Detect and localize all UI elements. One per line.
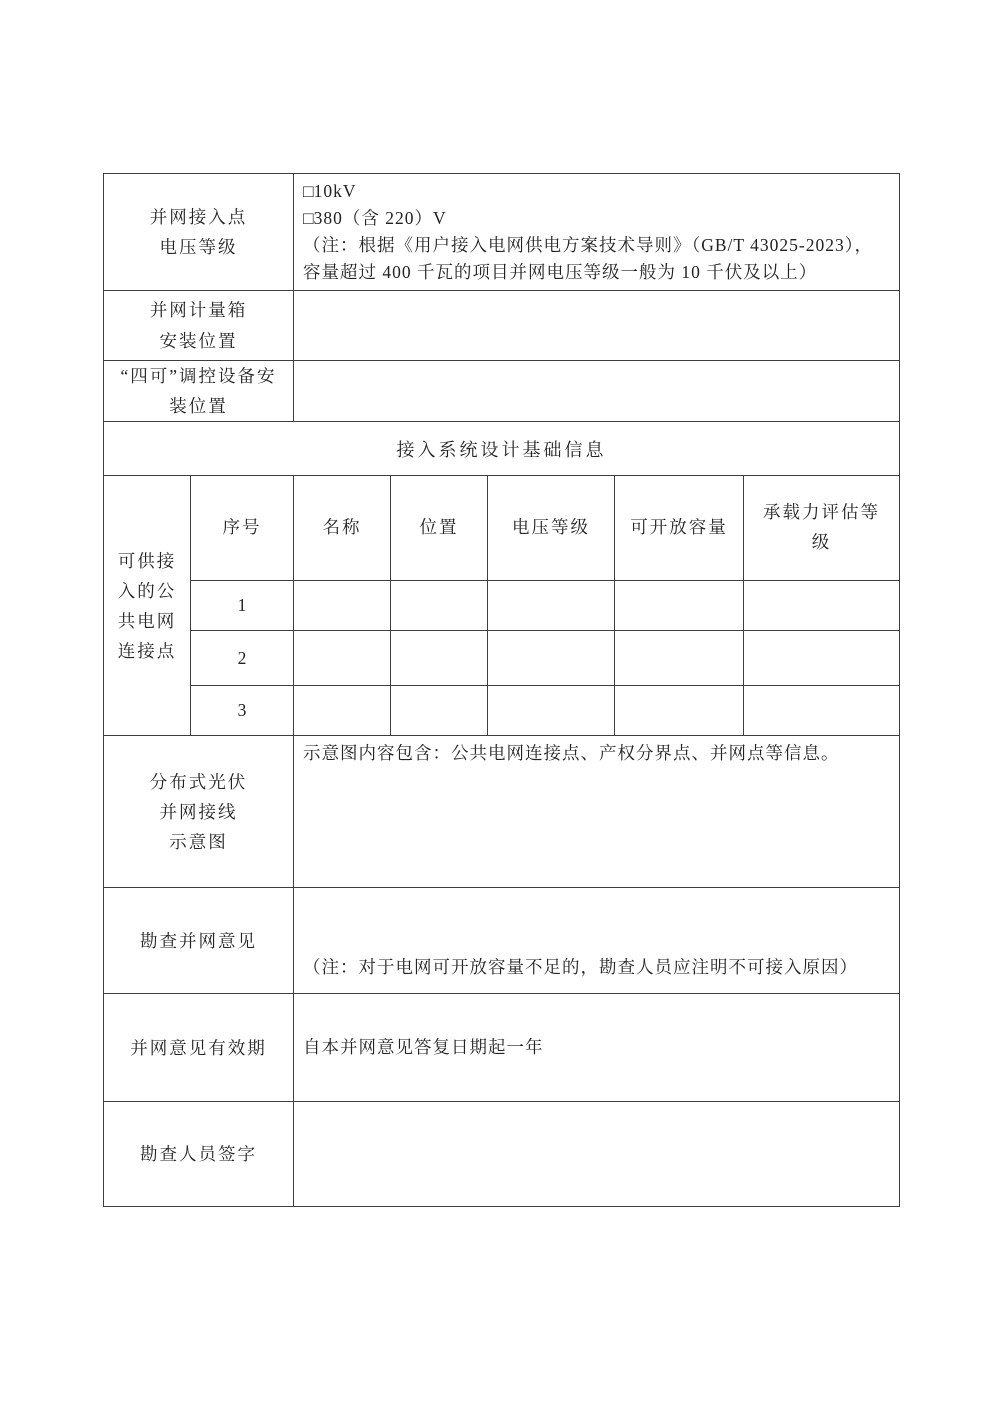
connection-point-row-3: 3 [104, 686, 900, 736]
value-control-device-location [294, 361, 900, 422]
label-surveyor-signature: 勘查人员签字 [104, 1102, 294, 1207]
value-meter-box-location [294, 291, 900, 361]
section-header-system-design-info: 接入系统设计基础信息 [104, 422, 900, 476]
cell-name [294, 581, 391, 631]
column-header-index: 序号 [191, 476, 294, 581]
cell-carrying-capacity [744, 631, 900, 686]
cell-voltage-level [488, 581, 615, 631]
label-control-device-location: “四可”调控设备安 装位置 [104, 361, 294, 422]
voltage-option-380v: □380（含 220）V [303, 205, 890, 232]
connection-point-row-1: 1 [104, 581, 900, 631]
cell-open-capacity [615, 686, 744, 736]
label-meter-box-location: 并网计量箱 安装位置 [104, 291, 294, 361]
column-header-voltage-level: 电压等级 [488, 476, 615, 581]
value-opinion-validity-period: 自本并网意见答复日期起一年 [294, 994, 900, 1102]
voltage-option-10kv: □10kV [303, 178, 890, 205]
cell-open-capacity [615, 581, 744, 631]
form-sheet: 并网接入点 电压等级 □10kV □380（含 220）V （注：根据《用户接入… [103, 173, 900, 1207]
value-pv-connection-diagram: 示意图内容包含：公共电网连接点、产权分界点、并网点等信息。 [294, 736, 900, 888]
diagram-content-note: 示意图内容包含：公共电网连接点、产权分界点、并网点等信息。 [303, 740, 890, 767]
cell-carrying-capacity [744, 686, 900, 736]
cell-index: 2 [191, 631, 294, 686]
voltage-option-380v-label: 380（含 220）V [314, 208, 447, 228]
cell-open-capacity [615, 631, 744, 686]
column-header-location: 位置 [391, 476, 488, 581]
checkbox-icon: □ [303, 181, 314, 201]
cell-index: 3 [191, 686, 294, 736]
checkbox-icon: □ [303, 208, 314, 228]
value-surveyor-signature [294, 1102, 900, 1207]
cell-voltage-level [488, 631, 615, 686]
value-survey-grid-connection-opinion: （注：对于电网可开放容量不足的，勘查人员应注明不可接入原因） [294, 888, 900, 994]
label-grid-connection-voltage-level: 并网接入点 电压等级 [104, 174, 294, 291]
cell-voltage-level [488, 686, 615, 736]
grid-connection-survey-table: 并网接入点 电压等级 □10kV □380（含 220）V （注：根据《用户接入… [103, 173, 900, 1207]
label-survey-grid-connection-opinion: 勘查并网意见 [104, 888, 294, 994]
label-pv-connection-diagram: 分布式光伏 并网接线 示意图 [104, 736, 294, 888]
voltage-level-note: （注：根据《用户接入电网供电方案技术导则》（GB/T 43025-2023），容… [303, 232, 890, 286]
cell-index: 1 [191, 581, 294, 631]
column-header-open-capacity: 可开放容量 [615, 476, 744, 581]
column-header-name: 名称 [294, 476, 391, 581]
survey-opinion-note: （注：对于电网可开放容量不足的，勘查人员应注明不可接入原因） [303, 954, 890, 981]
column-header-carrying-capacity-rating: 承载力评估等 级 [744, 476, 900, 581]
label-opinion-validity-period: 并网意见有效期 [104, 994, 294, 1102]
cell-name [294, 686, 391, 736]
cell-carrying-capacity [744, 581, 900, 631]
connection-point-row-2: 2 [104, 631, 900, 686]
voltage-option-10kv-label: 10kV [314, 181, 357, 201]
cell-location [391, 581, 488, 631]
cell-name [294, 631, 391, 686]
value-grid-connection-voltage-level: □10kV □380（含 220）V （注：根据《用户接入电网供电方案技术导则》… [294, 174, 900, 291]
label-available-grid-connection-points: 可供接 入的公 共电网 连接点 [104, 476, 191, 736]
cell-location [391, 686, 488, 736]
cell-location [391, 631, 488, 686]
